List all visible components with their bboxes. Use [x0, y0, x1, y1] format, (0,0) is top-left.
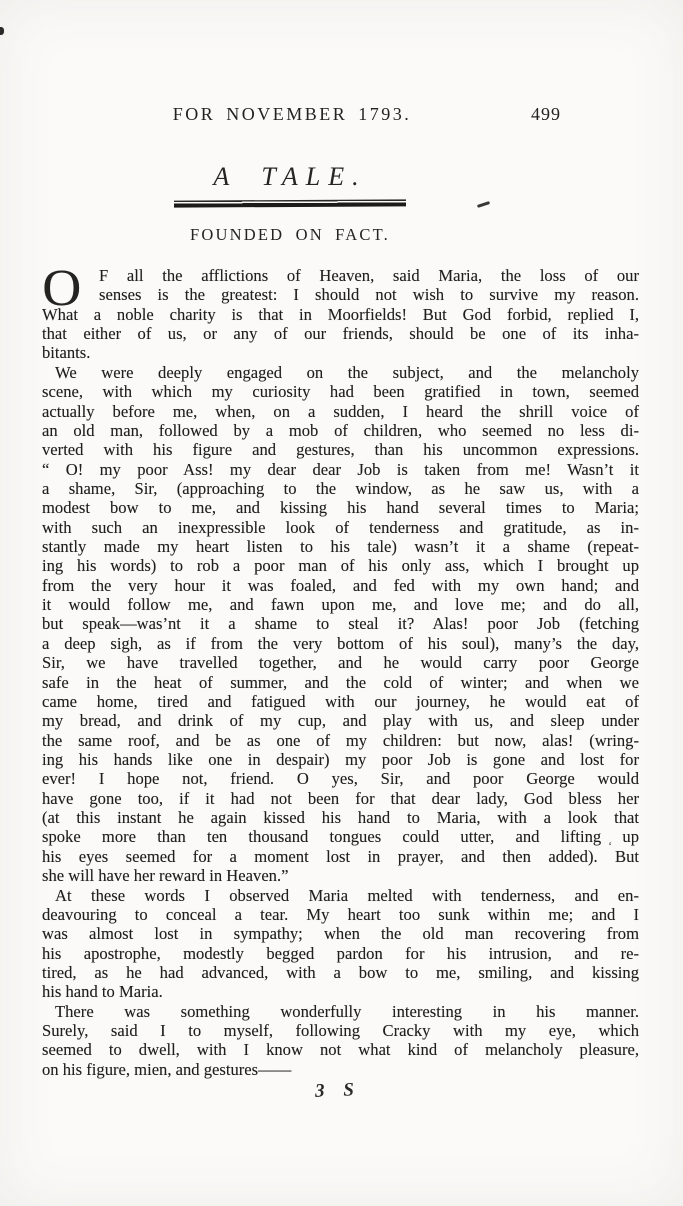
- text-line: the same roof, and be as one of my child…: [42, 731, 639, 750]
- text-line: have gone too, if it had not been for th…: [42, 789, 639, 808]
- text-line: ing his hands like one in despair) my po…: [42, 750, 639, 769]
- text-line: (at this instant he again kissed his han…: [42, 808, 639, 827]
- text-line: his hand to Maria.: [42, 982, 639, 1001]
- text-line: ever! I hope not, friend. O yes, Sir, an…: [42, 769, 639, 788]
- text-line: it would follow me, and fawn upon me, an…: [42, 595, 639, 614]
- text-line: At these words I observed Maria melted w…: [42, 886, 639, 905]
- article-title: A TALE.: [0, 162, 580, 192]
- text-line: with such an inexpressible look of tende…: [42, 518, 639, 537]
- text-line: What a noble charity is that in Moorfiel…: [42, 305, 639, 324]
- text-line: “ O! my poor Ass! my dear dear Job is ta…: [42, 460, 639, 479]
- text-line: We were deeply engaged on the subject, a…: [42, 363, 639, 382]
- scanned-magazine-page: FOR NOVEMBER 1793. 499 A TALE. FOUNDED O…: [0, 0, 683, 1206]
- text-line: F all the afflictions of Heaven, said Ma…: [99, 266, 639, 285]
- text-line: bitants.: [42, 343, 639, 362]
- text-line: tired, as he had advanced, with a bow to…: [42, 963, 639, 982]
- text-line: Sir, we have travelled together, and he …: [42, 653, 639, 672]
- text-line: she will have her reward in Heaven.”: [42, 866, 639, 885]
- text-line: spoke more than ten thousand tongues cou…: [42, 827, 639, 846]
- text-line: actually before me, when, on a sudden, I…: [42, 402, 639, 421]
- text-line: my bread, and drink of my cup, and play …: [42, 711, 639, 730]
- article-body: O F all the afflictions of Heaven, said …: [42, 266, 639, 1079]
- text-line: a deep sigh, as if from the very bottom …: [42, 634, 639, 653]
- text-line: that either of us, or any of our friends…: [42, 324, 639, 343]
- text-line: an old man, followed by a mob of childre…: [42, 421, 639, 440]
- article-subtitle: FOUNDED ON FACT.: [0, 225, 580, 245]
- page-number: 499: [531, 104, 561, 125]
- edge-ink-speck: [0, 27, 4, 35]
- text-line: stantly made my heart listen to his tale…: [42, 537, 639, 556]
- text-line: seemed to dwell, with I know not what ki…: [42, 1040, 639, 1059]
- running-head: FOR NOVEMBER 1793.: [0, 104, 584, 125]
- text-line: There was something wonderfully interest…: [42, 1002, 639, 1021]
- title-rule-divider: [174, 199, 406, 207]
- text-line: modest bow to me, and kissing his hand s…: [42, 498, 639, 517]
- drop-cap-letter: O: [42, 263, 81, 315]
- text-line: came home, tired and fatigued with our j…: [42, 692, 639, 711]
- title-block: A TALE. FOUNDED ON FACT.: [0, 162, 580, 245]
- text-line: ing his words) to rob a poor man of his …: [42, 556, 639, 575]
- body-lines: F all the afflictions of Heaven, said Ma…: [42, 266, 639, 1079]
- text-line: but speak—was’nt it a shame to steal it?…: [42, 614, 639, 633]
- text-line: a shame, Sir, (approaching to the window…: [42, 479, 639, 498]
- text-line: from the very hour it was foaled, and fe…: [42, 576, 639, 595]
- text-line: senses is the greatest: I should not wis…: [99, 285, 639, 304]
- text-line: scene, with which my curiosity had been …: [42, 382, 639, 401]
- text-line: was almost lost in sympathy; when the ol…: [42, 924, 639, 943]
- text-line: Surely, said I to myself, following Crac…: [42, 1021, 639, 1040]
- text-line: his apostrophe, modestly begged pardon f…: [42, 944, 639, 963]
- text-line: his eyes seemed for a moment lost in pra…: [42, 847, 639, 866]
- text-line: deavouring to conceal a tear. My heart t…: [42, 905, 639, 924]
- text-line: verted with his figure and gestures, tha…: [42, 440, 639, 459]
- text-line: safe in the heat of summer, and the cold…: [42, 673, 639, 692]
